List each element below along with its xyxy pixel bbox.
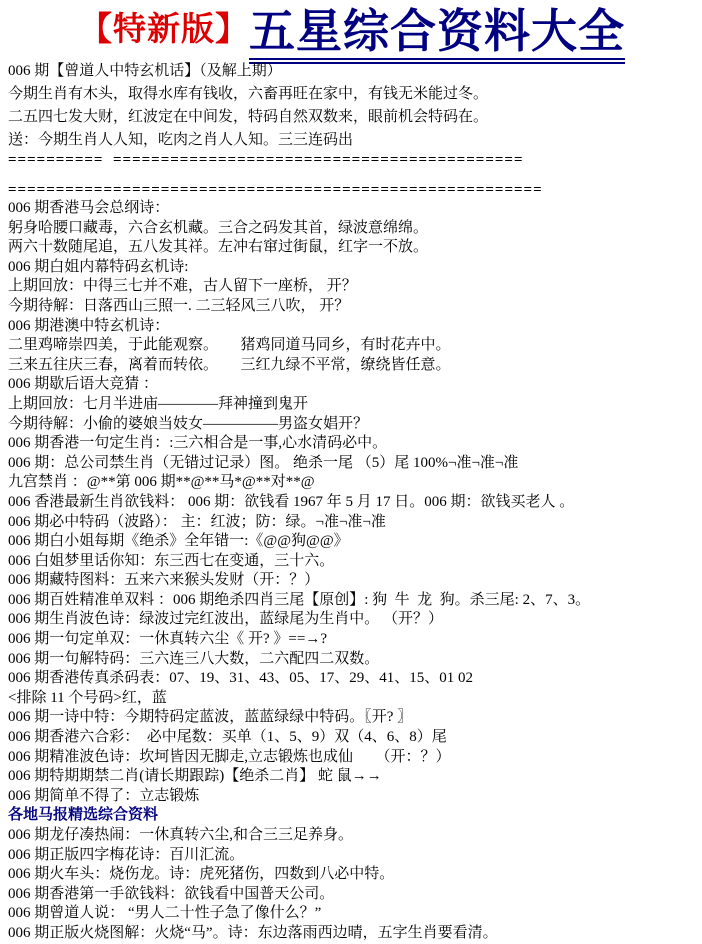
text-line: 006 期香港传真杀码表：07、19、31、43、05、17、29、41、15、… xyxy=(8,669,696,689)
text-line: 006 期一句解特码：三六连三八大数，二六配四二双数。 xyxy=(8,650,696,670)
text-line: 今期生肖有木头，取得水库有钱收，六畜再旺在家中，有钱无米能过冬。 xyxy=(8,83,696,106)
text-line: 三来五往庆三春，离着而转依。 三红九绿不平常，缭绕皆任意。 xyxy=(8,356,696,376)
text-line: 006 期香港六合彩： 必中尾数：买单（1、5、9）双（4、6、8）尾 xyxy=(8,728,696,748)
text-line: 今期待解：小偷的婆娘当妓女—————男盗女娼开？ xyxy=(8,415,696,435)
text-line: 006 期精准波色诗：坎坷皆因无脚走,立志锻炼也成仙 （开：？） xyxy=(8,748,696,768)
text-line: 006 期港澳中特玄机诗： xyxy=(8,317,696,337)
text-line: 006 期曾道人说： “男人二十性子急了像什么？” xyxy=(8,904,696,924)
text-line: 上期回放：七月半进庙————拜神撞到鬼开 xyxy=(8,395,696,415)
text-line: 006 白姐梦里话你知：东三西七在变通，三十六。 xyxy=(8,552,696,572)
text-line: 上期回放：中得三七并不难，古人留下一座桥， 开？ xyxy=(8,277,696,297)
text-line: 006 期：总公司禁生肖（无错过记录）图。 绝杀一尾 （5）尾 100%¬准¬准… xyxy=(8,454,696,474)
intro-lines: 006 期【曾道人中特玄机话】（及解上期）今期生肖有木头，取得水库有钱收，六畜再… xyxy=(8,60,696,152)
text-line: 九宫禁肖 ：@**第 006 期**@**马*@**对**@ xyxy=(8,473,696,493)
page-title: 五星综合资料大全 xyxy=(249,6,625,64)
page-header: 【特新版】五星综合资料大全 xyxy=(8,2,696,60)
text-line: 二五四七发大财，红波定在中间发，特码自然双数来，眼前机会特码在。 xyxy=(8,106,696,129)
text-line: 006 期简单不得了：立志锻炼 xyxy=(8,787,696,807)
text-line: 躬身哈腰口藏毒，六合玄机藏。三合之码发其首，绿波意绵绵。 xyxy=(8,219,696,239)
text-line: 006 期特期期禁二肖(请长期跟踪)【绝杀二肖】 蛇 鼠→→ xyxy=(8,767,696,787)
text-line: 006 期香港一句定生肖：:三六相合是一事,心水清码必中。 xyxy=(8,434,696,454)
text-line: 006 期白小姐每期《绝杀》全年错一:《@@狗@@》 xyxy=(8,532,696,552)
page: 【特新版】五星综合资料大全 006 期【曾道人中特玄机话】（及解上期）今期生肖有… xyxy=(0,0,702,944)
text-line: 006 期香港第一手欲钱料：欲钱看中国普天公司。 xyxy=(8,885,696,905)
text-line: 006 期火车头：烧伤龙。诗：虎死猪伤，四数到八必中特。 xyxy=(8,865,696,885)
text-line: 006 期白姐内幕特码玄机诗: xyxy=(8,258,696,278)
text-line: 006 期一诗中特：今期特码定蓝波，蓝蓝绿绿中特码。〖开? 〗 xyxy=(8,708,696,728)
section-heading: 各地马报精选综合资料 xyxy=(8,806,696,826)
text-line: <排除 11 个号码>红，蓝 xyxy=(8,689,696,709)
text-line: 006 期龙仔凑热闹：一休真转六尘,和合三三足养身。 xyxy=(8,826,696,846)
separator-line-1: ========== =============================… xyxy=(8,152,696,169)
text-line: 006 期香港马会总纲诗： xyxy=(8,199,696,219)
text-line: 今期待解：日落西山三照一. 二三轻风三八吹， 开？ xyxy=(8,297,696,317)
text-line: 二里鸡啼崇四美，于此能观察。 猪鸡同道马同乡，有时花卉中。 xyxy=(8,336,696,356)
text-line: 006 期藏特图料：五来六来猴头发财（开：？） xyxy=(8,571,696,591)
edition-badge: 【特新版】 xyxy=(79,12,249,48)
text-line: 006 期必中特码（波路）： 主：红波；防：绿。¬准¬准¬准 xyxy=(8,513,696,533)
text-line: 006 期正版四字梅花诗：百川汇流。 xyxy=(8,846,696,866)
text-line: 006 期百姓精准单双料 ：006 期绝杀四肖三尾【原创】: 狗 牛 龙 狗。杀… xyxy=(8,591,696,611)
blank-spacer xyxy=(8,169,696,182)
text-line: 006 期一句定单双：一休真转六尘《 开? 》==→? xyxy=(8,630,696,650)
text-line: 006 香港最新生肖欲钱料： 006 期：欲钱看 1967 年 5 月 17 日… xyxy=(8,493,696,513)
separator-line-2: ========================================… xyxy=(8,182,696,199)
body-lines: 006 期香港马会总纲诗：躬身哈腰口藏毒，六合玄机藏。三合之码发其首，绿波意绵绵… xyxy=(8,199,696,944)
text-line: 006 期生肖波色诗：绿波过完红波出，蓝绿尾为生肖中。 （开？） xyxy=(8,610,696,630)
text-line: 送：今期生肖人人知，吃肉之肖人人知。三三连码出 xyxy=(8,129,696,152)
text-line: 006 期正版火烧图解：火烧“马”。诗：东边落雨西边晴，五字生肖要看清。 xyxy=(8,924,696,944)
text-line: 006 期歇后语大竞猜 ： xyxy=(8,375,696,395)
text-line: 两六十数随尾追，五八发其祥。左冲右窜过街鼠，红字一不放。 xyxy=(8,238,696,258)
